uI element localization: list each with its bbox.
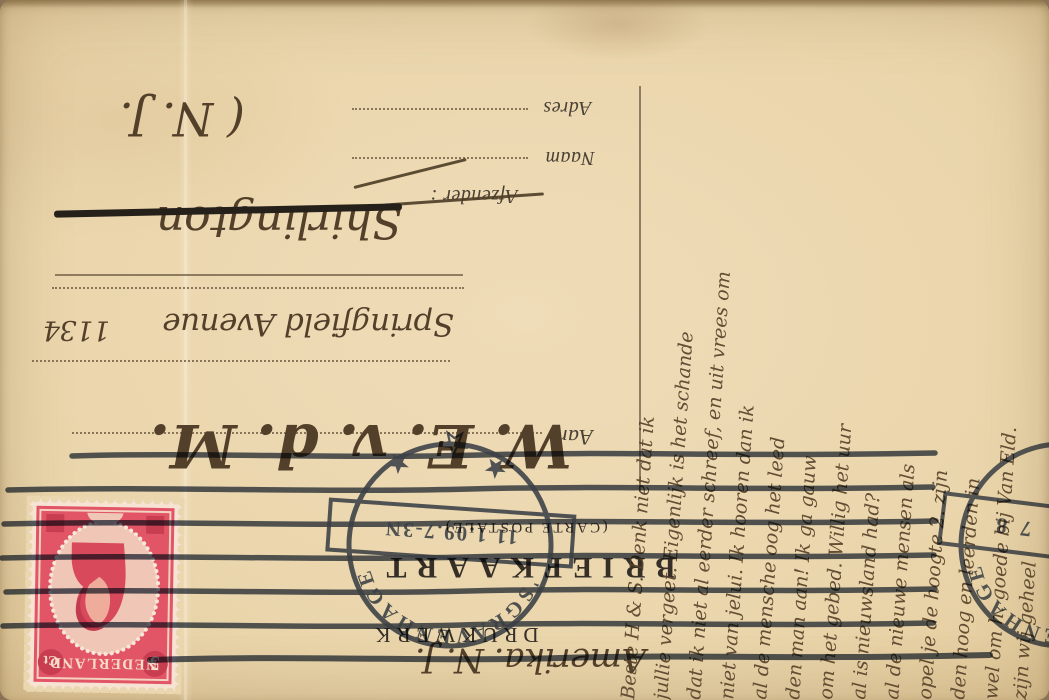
svg-text:'SGRAVENHAGE: 'SGRAVENHAGE [953,558,1049,660]
cancellation-graphic: 'SGRAVENHAGE 11 1.09.7-3N 'SGRAVEN [0,0,1049,700]
postmark-right: 'SGRAVENHAGE 7 8 [928,430,1049,663]
postcard-back: Adres Naam Afzender : Aan (CARTE POSTALE… [0,0,1049,700]
postcard-photo: Adres Naam Afzender : Aan (CARTE POSTALE… [0,0,1049,700]
postmark-city-partial: 'SGRAVENHAGE [953,558,1049,660]
postmark-date-partial: 7 8 [991,512,1033,542]
postmark-city: 'SGRAVENHAGE [346,563,545,655]
svg-text:'SGRAVENHAGE: 'SGRAVENHAGE [346,563,545,655]
cancellation-layer: 'SGRAVENHAGE 11 1.09.7-3N 'SGRAVEN [0,0,1049,700]
